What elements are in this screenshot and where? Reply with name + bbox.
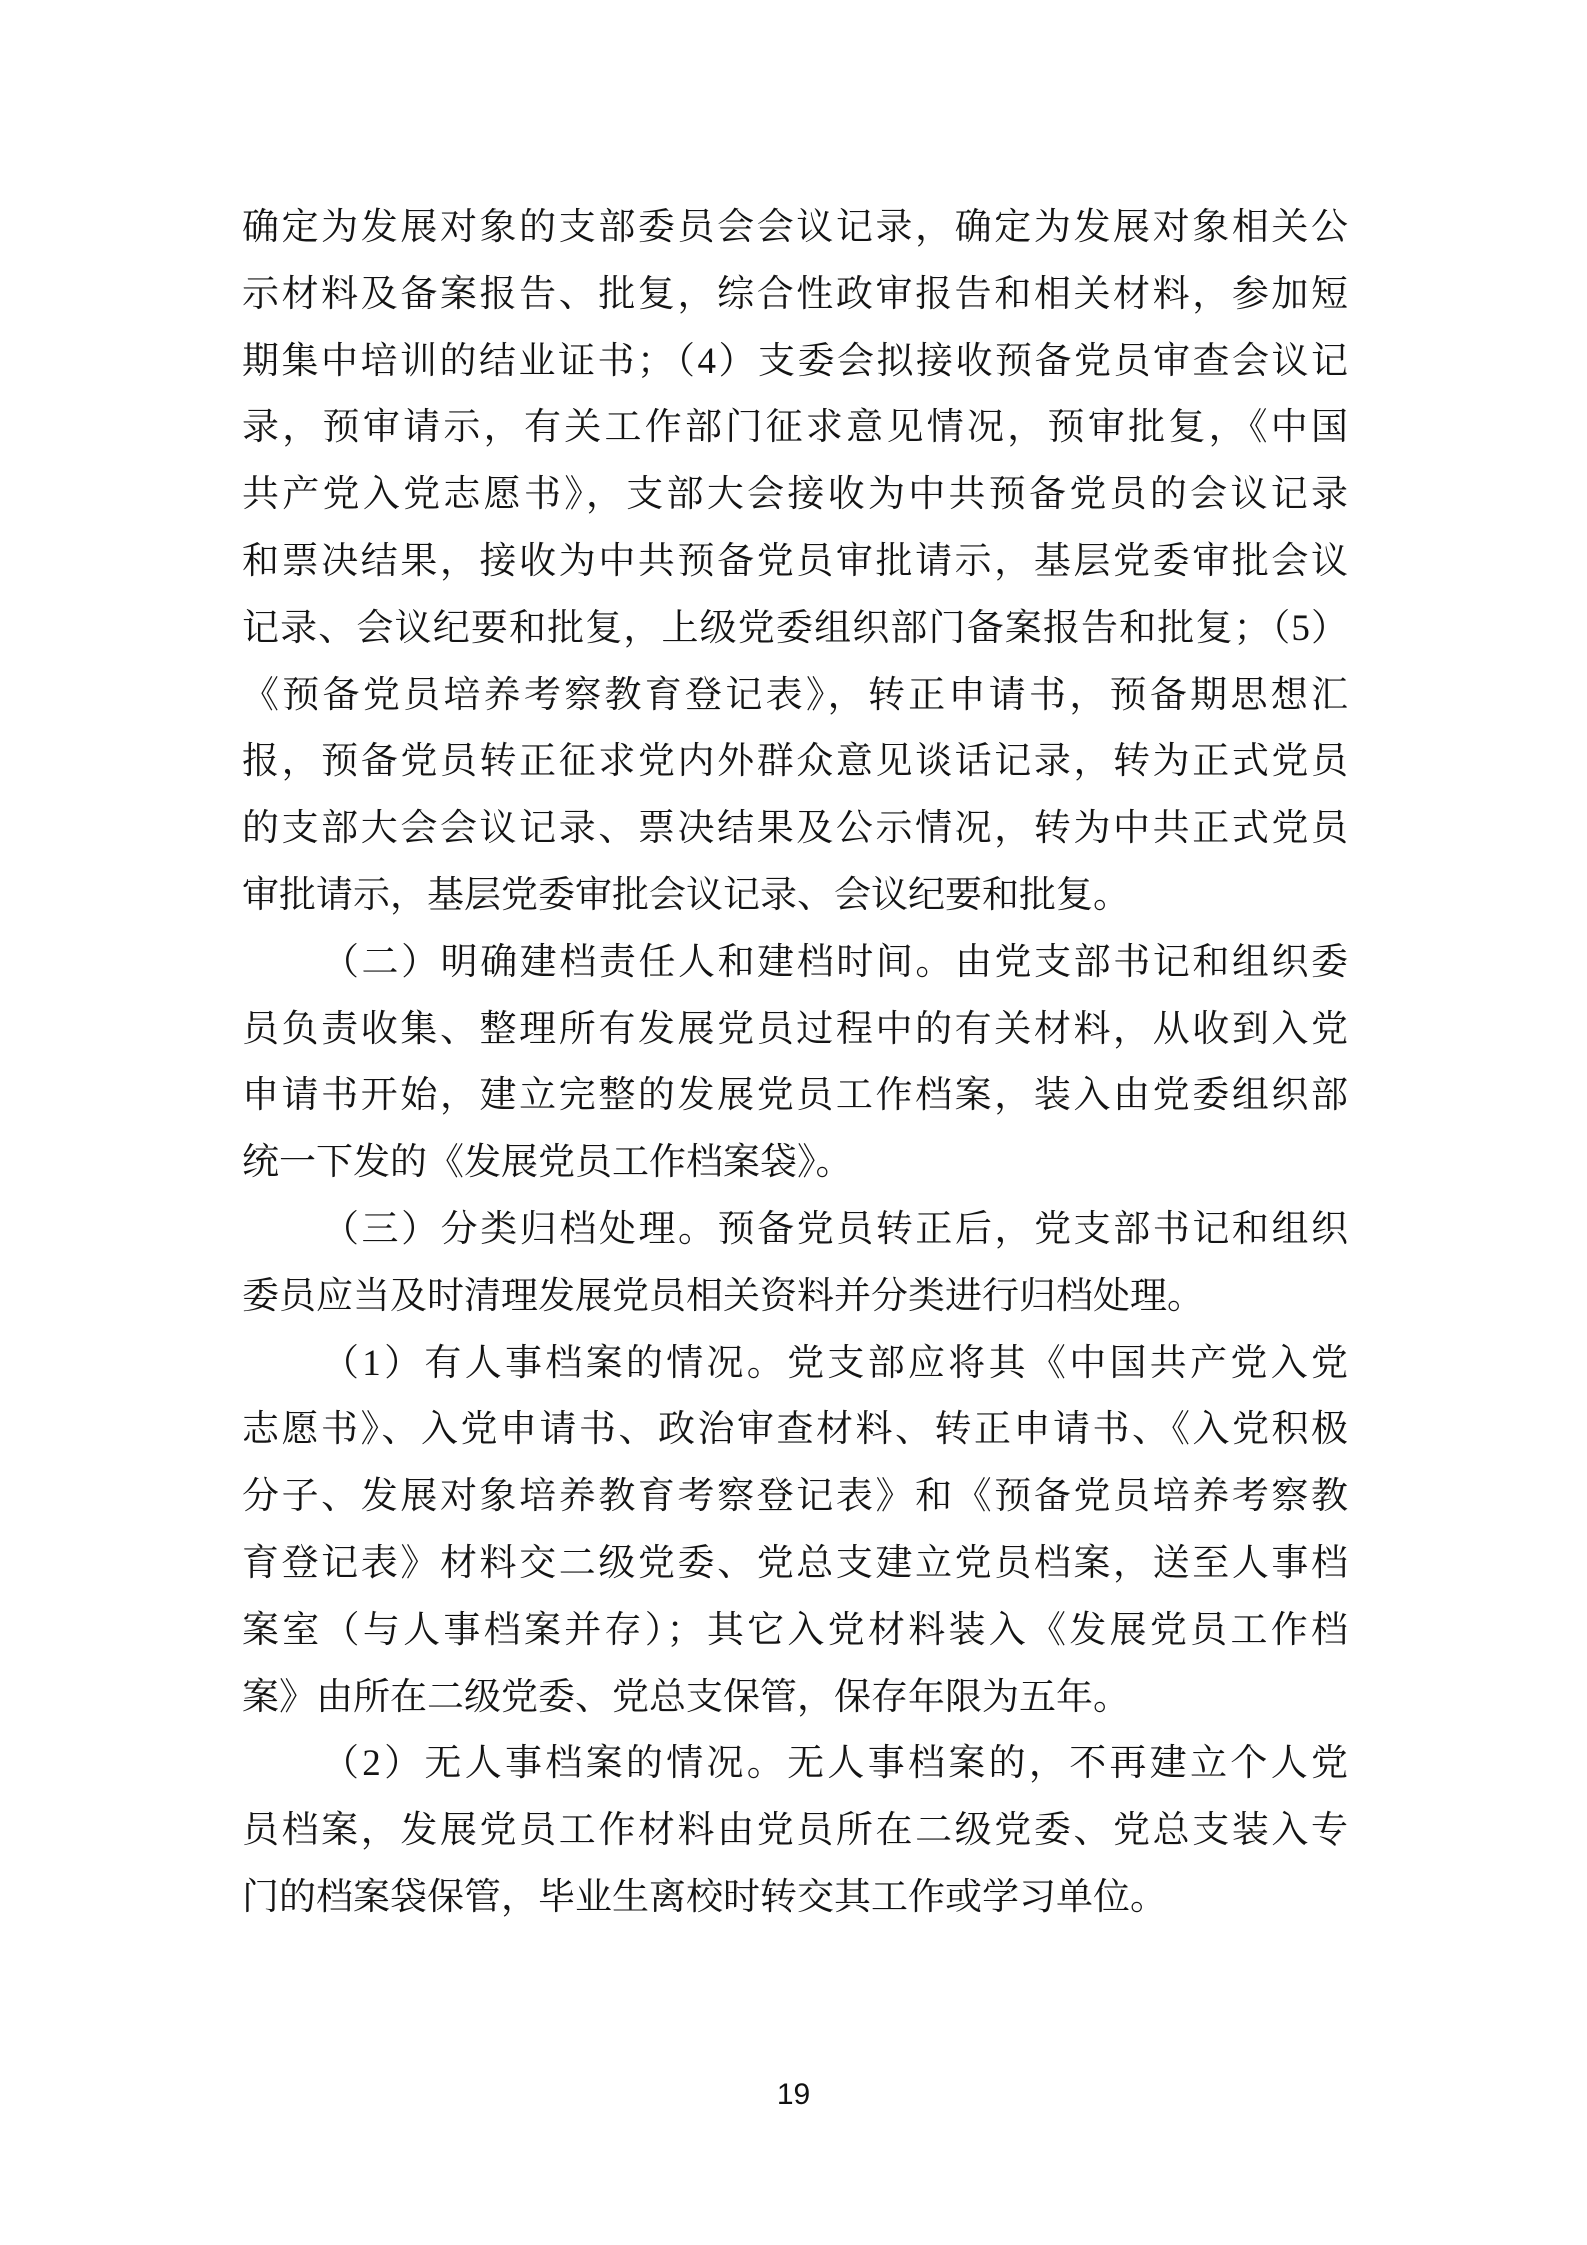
text-line: 审批请示，基层党委审批会议记录、会议纪要和批复。 [242,863,1348,930]
text-line: 统一下发的《发展党员工作档案袋》。 [242,1130,1348,1197]
text-line: 录，预审请示，有关工作部门征求意见情况，预审批复，《中国 [242,395,1348,462]
text-line: 案室（与人事档案并存）；其它入党材料装入《发展党员工作档 [242,1598,1348,1665]
page-number: 19 [777,2078,810,2112]
text-line: 员档案，发展党员工作材料由党员所在二级党委、党总支装入专 [242,1798,1348,1865]
text-line: 的支部大会会议记录、票决结果及公示情况，转为中共正式党员 [242,796,1348,863]
text-line: 共产党入党志愿书》，支部大会接收为中共预备党员的会议记录 [242,462,1348,529]
text-line: 申请书开始，建立完整的发展党员工作档案，装入由党委组织部 [242,1063,1348,1130]
document-text-block: 确定为发展对象的支部委员会会议记录，确定为发展对象相关公 示材料及备案报告、批复… [242,195,1348,1932]
text-line: 记录、会议纪要和批复，上级党委组织部门备案报告和批复；（5） [242,596,1348,663]
text-line: 分子、发展对象培养教育考察登记表》和《预备党员培养考察教 [242,1464,1348,1531]
text-line: 《预备党员培养考察教育登记表》，转正申请书，预备期思想汇 [242,663,1348,730]
text-line: 门的档案袋保管，毕业生离校时转交其工作或学习单位。 [242,1865,1348,1932]
text-line: 志愿书》、入党申请书、政治审查材料、转正申请书、《入党积极 [242,1397,1348,1464]
text-line-paragraph-start: （三）分类归档处理。预备党员转正后，党支部书记和组织 [242,1197,1348,1264]
page-footer: 19 [0,2078,1587,2112]
text-line-paragraph-start: （二）明确建档责任人和建档时间。由党支部书记和组织委 [242,930,1348,997]
text-line: 示材料及备案报告、批复，综合性政审报告和相关材料，参加短 [242,262,1348,329]
text-line: 案》由所在二级党委、党总支保管，保存年限为五年。 [242,1665,1348,1732]
text-line-paragraph-start: （1）有人事档案的情况。党支部应将其《中国共产党入党 [242,1331,1348,1398]
text-line: 员负责收集、整理所有发展党员过程中的有关材料，从收到入党 [242,997,1348,1064]
document-page: 确定为发展对象的支部委员会会议记录，确定为发展对象相关公 示材料及备案报告、批复… [0,0,1587,2245]
text-line: 委员应当及时清理发展党员相关资料并分类进行归档处理。 [242,1264,1348,1331]
text-line: 报，预备党员转正征求党内外群众意见谈话记录，转为正式党员 [242,729,1348,796]
text-line: 期集中培训的结业证书；（4）支委会拟接收预备党员审查会议记 [242,329,1348,396]
text-line: 育登记表》材料交二级党委、党总支建立党员档案，送至人事档 [242,1531,1348,1598]
text-line: 和票决结果，接收为中共预备党员审批请示，基层党委审批会议 [242,529,1348,596]
text-line: 确定为发展对象的支部委员会会议记录，确定为发展对象相关公 [242,195,1348,262]
text-line-paragraph-start: （2）无人事档案的情况。无人事档案的，不再建立个人党 [242,1731,1348,1798]
